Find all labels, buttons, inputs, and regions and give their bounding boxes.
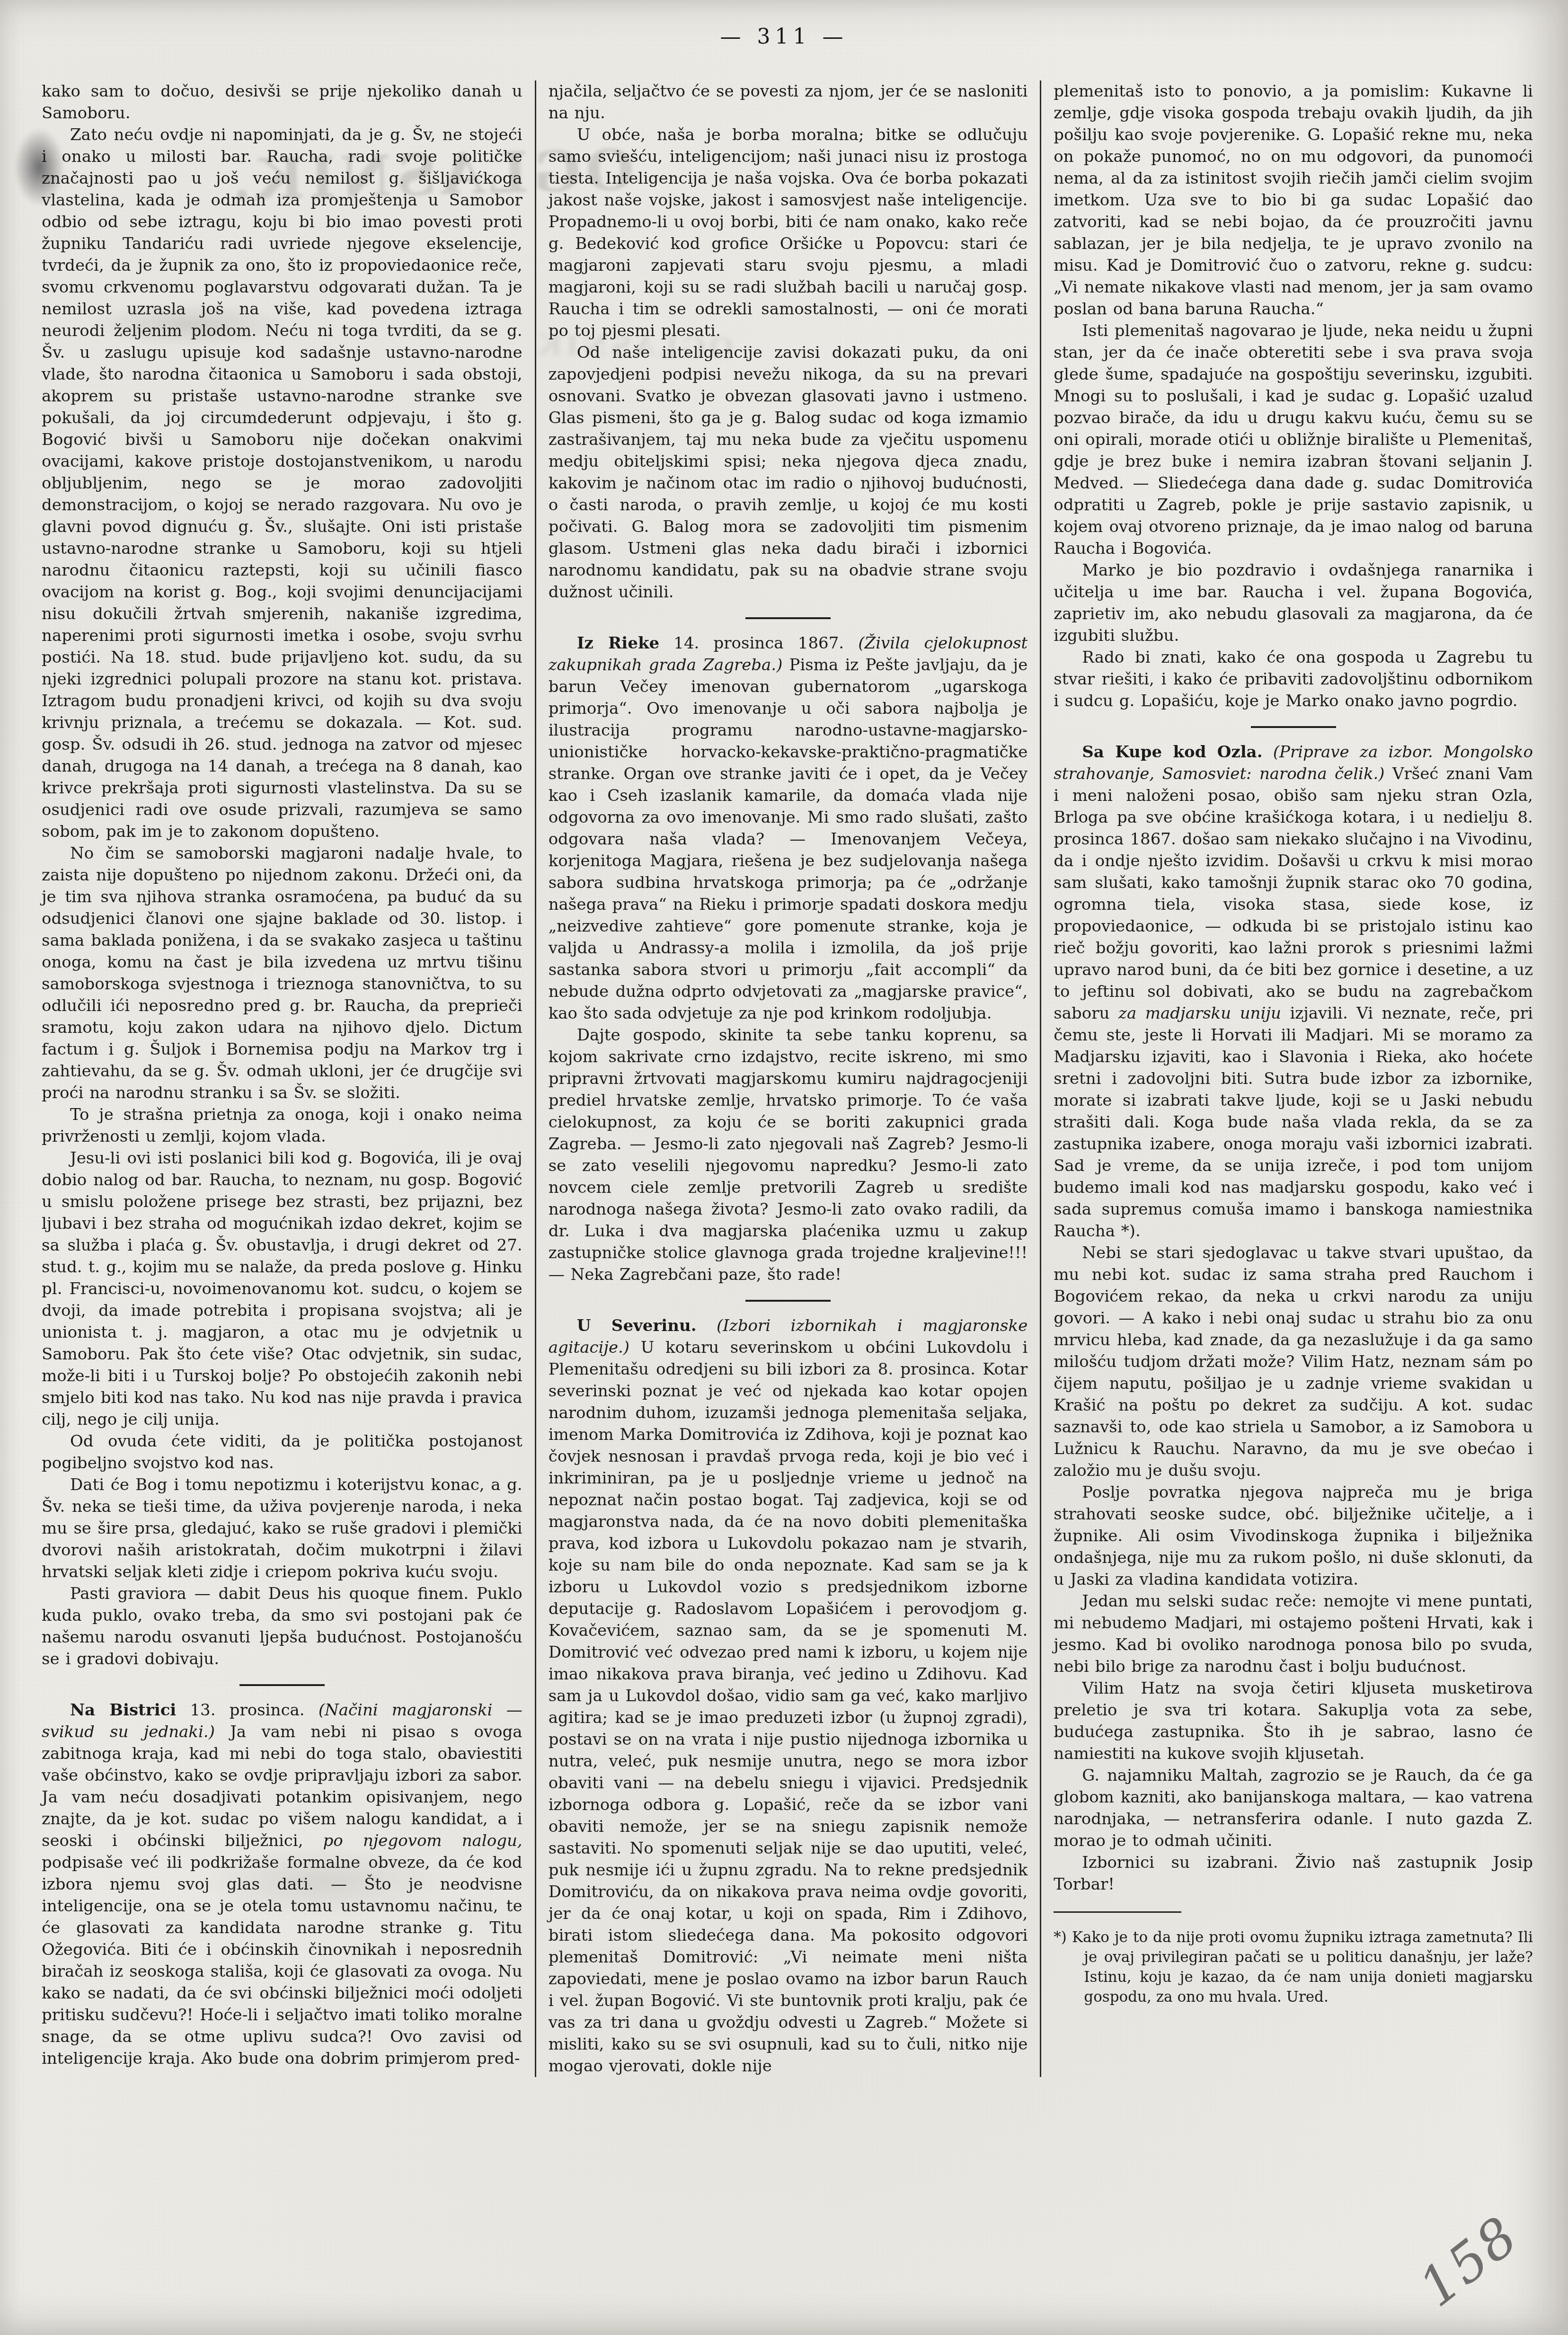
text-run: podpisaše već ili podkrižaše formalne ob…	[42, 1853, 523, 2068]
paragraph: Nebi se stari sjedoglavac u takve stvari…	[1054, 1242, 1533, 1482]
paragraph: kako sam to dočuo, desivši se prije njek…	[42, 80, 523, 124]
text-run: za madjarsku uniju	[1118, 1004, 1281, 1023]
section-divider	[745, 1300, 831, 1302]
text-run: Izbornici su izabrani. Živio naš zastupn…	[1054, 1853, 1533, 1894]
text-run: Pasti graviora — dabit Deus his quoque f…	[42, 1584, 523, 1669]
section-divider	[1251, 726, 1336, 728]
paragraph: To je strašna prietnja za onoga, koji i …	[42, 1104, 523, 1147]
text-run: Vršeć znani Vam i meni naloženi posao, o…	[1054, 764, 1533, 1023]
section-divider	[239, 1684, 325, 1686]
text-run: Od ovuda ćete viditi, da je politička po…	[42, 1432, 523, 1473]
column-container: kako sam to dočuo, desivši se prije njek…	[29, 80, 1545, 2077]
paragraph: U Severinu. (Izbori izbornikah i magjaro…	[549, 1315, 1028, 2077]
text-run: 14. prosinca 1867.	[659, 634, 858, 653]
text-run: Marko je bio pozdravio i ovdašnjega rana…	[1054, 561, 1533, 645]
text-run: Poslje povratka njegova najpreča mu je b…	[1054, 1483, 1533, 1589]
paragraph: No čim se samoborski magjaroni nadalje h…	[42, 843, 523, 1104]
paragraph: Na Bistrici 13. prosinca. (Načini magjar…	[42, 1699, 523, 2069]
paragraph: Rado bi znati, kako će ona gospoda u Zag…	[1054, 647, 1533, 712]
text-run: Isti plemenitaš nagovarao je ljude, neka…	[1054, 321, 1533, 558]
text-run: U kotaru severinskom u obćini Lukovdolu …	[549, 1338, 1028, 2076]
text-run: izjavili. Vi neznate, reče, pri čemu ste…	[1054, 1004, 1533, 1241]
paragraph: U obće, naša je borba moralna; bitke se …	[549, 124, 1028, 342]
text-run: Zato neću ovdje ni napominjati, da je g.…	[42, 125, 523, 841]
text-run: Od naše inteligencije zavisi dokazati pu…	[549, 343, 1028, 602]
paragraph: Izbornici su izabrani. Živio naš zastupn…	[1054, 1852, 1533, 1895]
paragraph: Dajte gospodo, skinite ta sebe tanku kop…	[549, 1024, 1028, 1286]
text-run: po njegovom nalogu,	[323, 1831, 523, 1850]
page-number: — 311 —	[0, 25, 1568, 49]
paragraph: njačila, seljačtvo će se povesti za njom…	[549, 80, 1028, 124]
text-run: kako sam to dočuo, desivši se prije njek…	[42, 82, 523, 123]
text-run: Jedan mu selski sudac reče: nemojte vi m…	[1054, 1592, 1533, 1676]
article-dateline: Sa Kupe kod Ozla.	[1082, 743, 1262, 762]
paragraph: Sa Kupe kod Ozla. (Priprave za izbor. Mo…	[1054, 741, 1533, 1242]
paragraph: Zato neću ovdje ni napominjati, da je g.…	[42, 124, 523, 843]
text-run: No čim se samoborski magjaroni nadalje h…	[42, 844, 523, 1102]
text-run: njačila, seljačtvo će se povesti za njom…	[549, 82, 1028, 123]
article-dateline: Na Bistrici	[70, 1701, 176, 1720]
text-run: Vilim Hatz na svoja četiri kljuseta musk…	[1054, 1679, 1533, 1763]
paragraph: Isti plemenitaš nagovarao je ljude, neka…	[1054, 320, 1533, 559]
text-run: Pisma iz Pešte javljaju, da je barun Več…	[549, 656, 1028, 1023]
paragraph: Od ovuda ćete viditi, da je politička po…	[42, 1430, 523, 1474]
text-run: Jesu-li ovi isti poslanici bili kod g. B…	[42, 1149, 523, 1429]
paragraph: Iz Rieke 14. prosinca 1867. (Živila cjel…	[549, 632, 1028, 1024]
section-divider	[745, 617, 831, 619]
footnote-rule	[1054, 1911, 1181, 1913]
text-run: Dati će Bog i tomu nepotizmu i koterijst…	[42, 1475, 523, 1581]
paragraph: plemenitaš isto to ponovio, a ja pomisli…	[1054, 80, 1533, 320]
text-run: Rado bi znati, kako će ona gospoda u Zag…	[1054, 648, 1533, 710]
text-run: G. najamniku Maltah, zagrozio se je Rauc…	[1054, 1766, 1533, 1850]
text-run: *) Kako je to da nije proti ovomu župnik…	[1054, 1929, 1533, 2006]
paragraph: Dati će Bog i tomu nepotizmu i koterijst…	[42, 1474, 523, 1583]
article-dateline: U Severinu.	[577, 1316, 697, 1335]
paragraph: Jesu-li ovi isti poslanici bili kod g. B…	[42, 1147, 523, 1430]
text-run: plemenitaš isto to ponovio, a ja pomisli…	[1054, 82, 1533, 319]
article-dateline: Iz Rieke	[577, 634, 659, 653]
paragraph: Od naše inteligencije zavisi dokazati pu…	[549, 342, 1028, 603]
text-run: Dajte gospodo, skinite ta sebe tanku kop…	[549, 1026, 1028, 1284]
text-run: Nebi se stari sjedoglavac u takve stvari…	[1054, 1243, 1533, 1480]
column-middle: njačila, seljačtvo će se povesti za njom…	[535, 80, 1040, 2077]
paragraph: Pasti graviora — dabit Deus his quoque f…	[42, 1583, 523, 1670]
footnote: *) Kako je to da nije proti ovomu župnik…	[1054, 1927, 1533, 2007]
text-run: 13. prosinca.	[176, 1701, 318, 1720]
paragraph: Marko je bio pozdravio i ovdašnjega rana…	[1054, 559, 1533, 647]
handwritten-page-numeral: 158	[1408, 2204, 1530, 2318]
paragraph: Jedan mu selski sudac reče: nemojte vi m…	[1054, 1590, 1533, 1678]
column-left: kako sam to dočuo, desivši se prije njek…	[29, 80, 535, 2077]
text-run	[697, 1316, 717, 1335]
column-right: plemenitaš isto to ponovio, a ja pomisli…	[1040, 80, 1545, 2077]
paragraph: G. najamniku Maltah, zagrozio se je Rauc…	[1054, 1765, 1533, 1852]
text-run	[1263, 743, 1273, 762]
newspaper-page: OGLASNIK. OGLASNIK — 311 — kako sam to d…	[0, 0, 1568, 2335]
text-run: U obće, naša je borba moralna; bitke se …	[549, 125, 1028, 340]
paragraph: Vilim Hatz na svoja četiri kljuseta musk…	[1054, 1678, 1533, 1765]
text-run: To je strašna prietnja za onoga, koji i …	[42, 1105, 523, 1146]
paragraph: Poslje povratka njegova najpreča mu je b…	[1054, 1482, 1533, 1590]
